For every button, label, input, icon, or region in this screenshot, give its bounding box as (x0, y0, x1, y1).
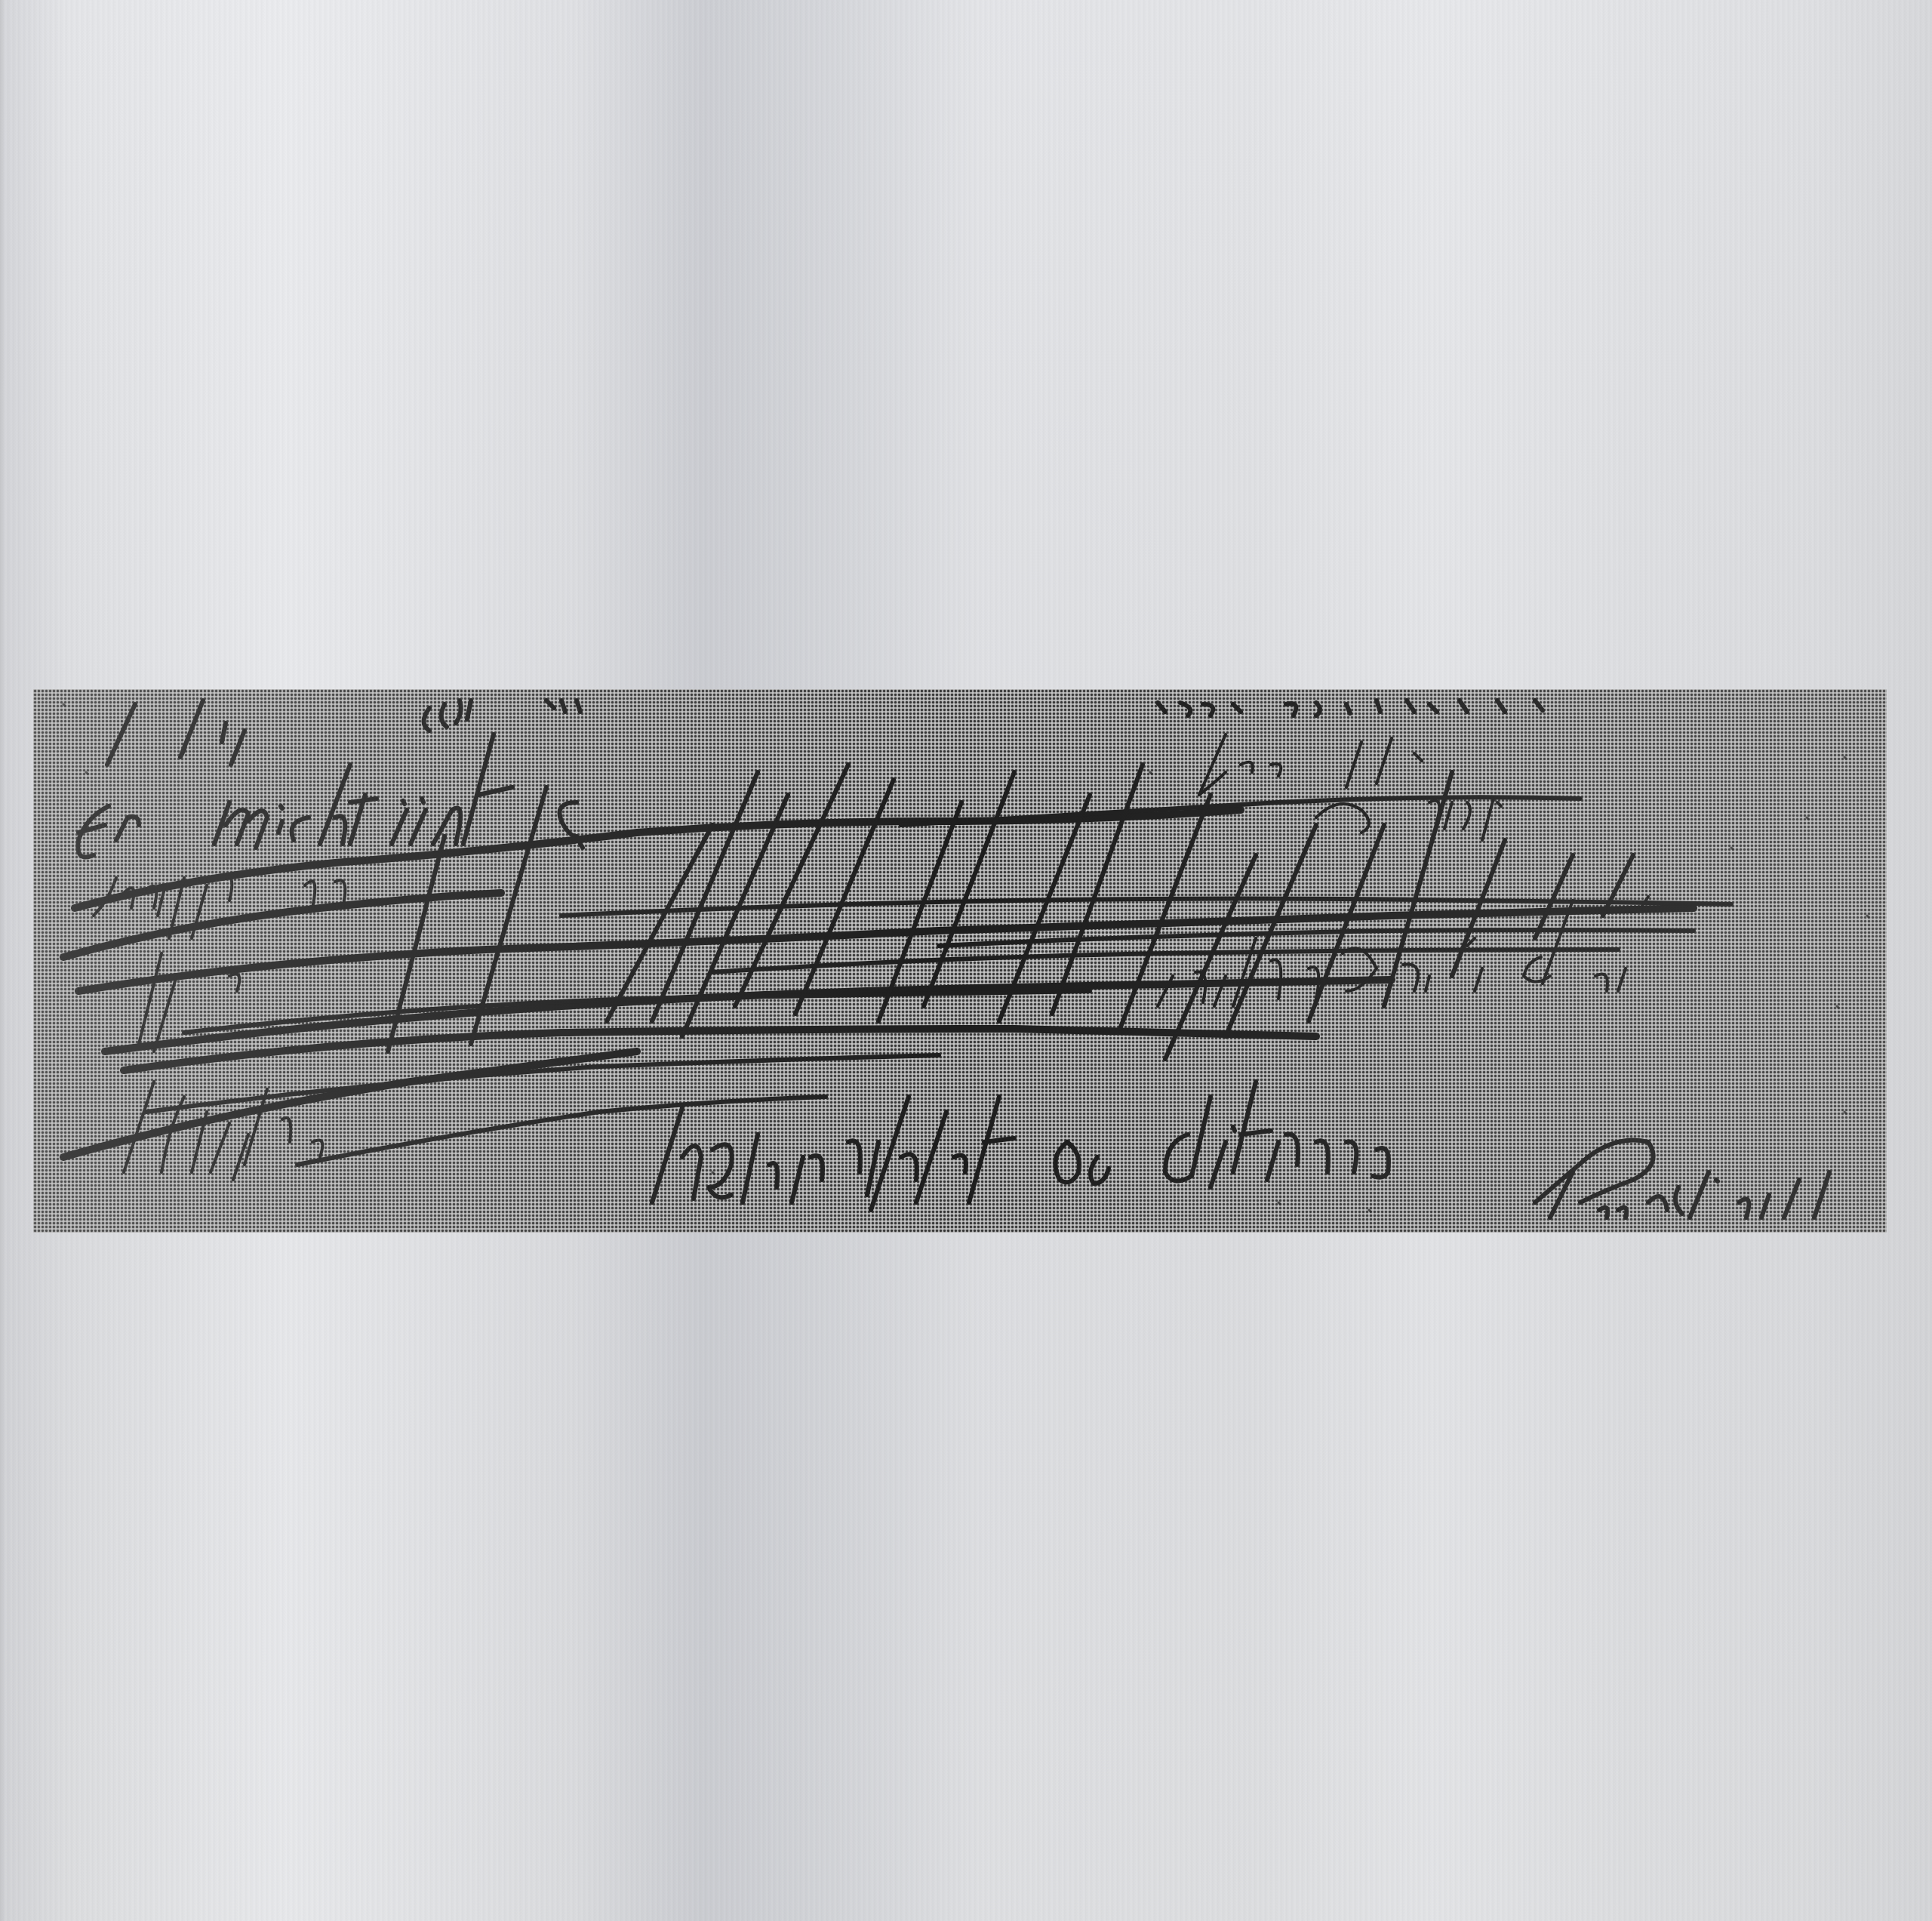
line-6-signature-strokes (1535, 1141, 1829, 1218)
handwriting-strokes (33, 689, 1887, 1233)
halftone-manuscript-strip: … ihr wen … n vorstinn … er nicht und ? … (33, 689, 1887, 1233)
line-2-strokes (78, 734, 583, 857)
strike-through-strokes (63, 810, 1694, 1157)
canvas-left-edge (0, 0, 5, 1921)
line-2-right-strokes (1199, 734, 1501, 840)
strike-through-thin-strokes (146, 797, 1731, 1165)
line-1-strokes (107, 700, 1543, 765)
